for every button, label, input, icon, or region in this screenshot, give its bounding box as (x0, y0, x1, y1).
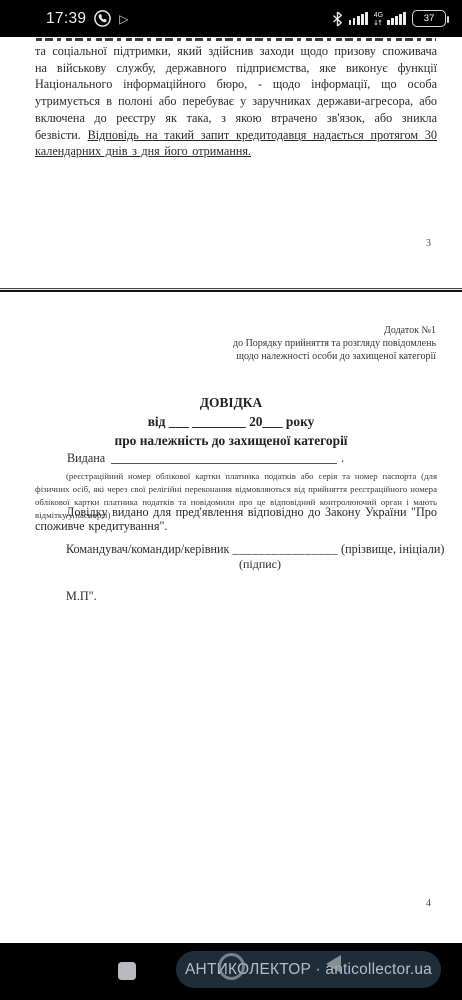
recents-button[interactable] (118, 962, 136, 980)
data-arrows-icon (374, 19, 382, 26)
seal-label: М.П". (66, 589, 97, 604)
clipped-text-row (36, 38, 436, 41)
page-separator (0, 288, 462, 292)
battery-icon: 37 (412, 10, 446, 27)
clock: 17:39 (46, 10, 86, 28)
annex-header: Додаток №1 до Порядку прийняття та розгл… (233, 324, 436, 364)
issued-period: . (341, 451, 344, 466)
certificate-title: ДОВІДКА (0, 393, 462, 412)
network-type-indicator: 4G (374, 11, 383, 26)
viber-notification-icon (93, 9, 112, 28)
certificate-title-block: ДОВІДКА від ___ ________ 20___ року про … (0, 393, 462, 450)
annex-line-3: щодо належності особи до захищеної катег… (233, 350, 436, 363)
commander-suffix: (прізвище, ініціали) (341, 542, 444, 556)
certificate-date-line: від ___ ________ 20___ року (0, 412, 462, 431)
battery-percent: 37 (424, 13, 435, 24)
page-number-4: 4 (426, 898, 431, 909)
document-scroll-area[interactable]: та соціальної підтримки, який здійснив з… (0, 37, 462, 943)
bluetooth-icon (332, 11, 343, 27)
signal-bars-sim2-icon (387, 12, 406, 25)
android-nav-bar: АНТИКОЛЕКТОР · anticollector.ua (0, 943, 462, 1000)
issued-blank-field (111, 452, 337, 464)
certificate-subtitle: про належність до захищеної категорії (0, 431, 462, 450)
issued-to-line: Видана . (67, 451, 344, 466)
status-bar: 17:39 ▷ 4G 37 (0, 0, 462, 37)
page3-underlined-sentence: Відповідь на такий запит кредитодавця на… (35, 128, 437, 159)
annex-line-2: до Порядку прийняття та розгляду повідом… (233, 337, 436, 350)
commander-label: Командувач/командир/керівник (66, 542, 229, 556)
page3-paragraph: та соціальної підтримки, який здійснив з… (35, 43, 437, 160)
purpose-paragraph: Довідку видано для пред'явлення відповід… (35, 506, 437, 534)
annex-line-1: Додаток №1 (233, 324, 436, 337)
page-number-3: 3 (426, 238, 431, 249)
watermark-pill: АНТИКОЛЕКТОР · anticollector.ua (176, 951, 441, 988)
commander-blank-field: ________________ (232, 542, 338, 556)
signal-bars-sim1-icon (349, 12, 368, 25)
play-notification-icon: ▷ (119, 13, 128, 25)
commander-line: Командувач/командир/керівник ___________… (66, 542, 438, 557)
back-button[interactable] (326, 955, 341, 973)
home-button[interactable] (218, 953, 245, 980)
issued-label: Видана (67, 451, 105, 466)
signature-caption: (підпис) (205, 557, 315, 572)
